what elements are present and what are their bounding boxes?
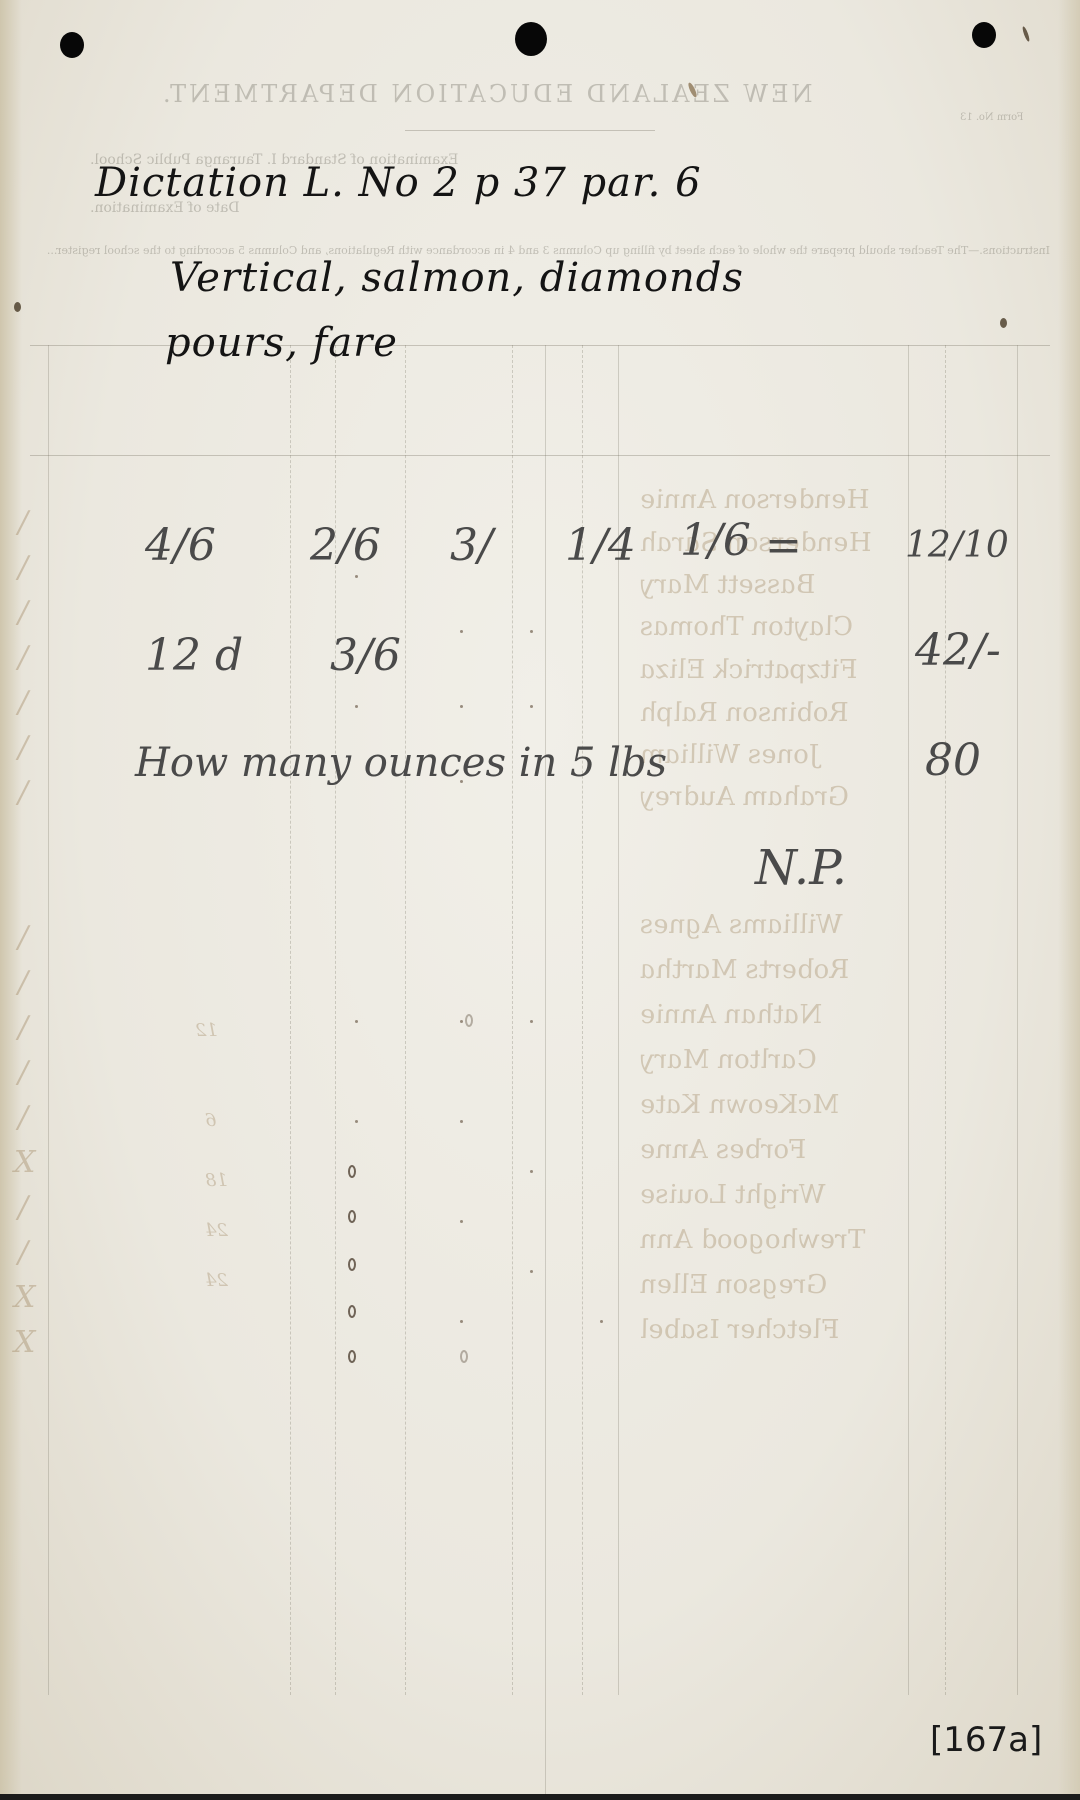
bleed-through-roll-entry: Henderson Sarah	[637, 528, 875, 558]
sum-term: 1/4	[565, 520, 636, 571]
ink-dot	[530, 1270, 533, 1273]
bleed-through-tick: /	[18, 1055, 28, 1090]
bleed-through-tick: /	[18, 505, 28, 540]
table-header-rule	[30, 455, 1050, 456]
spelling-words-line-1: Vertical, salmon, diamonds	[170, 255, 744, 301]
column-rule	[1017, 345, 1018, 1695]
ink-mark	[1000, 318, 1007, 328]
ink-dot	[355, 1120, 358, 1123]
ink-dot	[530, 705, 533, 708]
bleed-through-tick: X	[14, 1325, 35, 1360]
bleed-through-roll-entry: Bassett Mary	[637, 570, 818, 600]
bleed-through-tick: /	[18, 550, 28, 585]
catalog-label: [167a]	[930, 1720, 1042, 1760]
sum-term: 3/6	[330, 630, 401, 681]
bleed-through-roll-entry: Graham Audrey	[637, 782, 852, 812]
ink-dot	[460, 1020, 463, 1023]
bleed-through-title: NEW ZEALAND EDUCATION DEPARTMENT.	[160, 80, 813, 108]
bleed-through-score: 24	[205, 1270, 228, 1291]
document-page: NEW ZEALAND EDUCATION DEPARTMENT. Form N…	[0, 0, 1080, 1800]
zero-mark	[348, 1305, 356, 1318]
bleed-through-roll-entry: Wright Louise	[637, 1180, 829, 1210]
bleed-through-score: 18	[205, 1170, 228, 1191]
bleed-through-tick: /	[18, 1190, 28, 1225]
bleed-through-roll-entry: Henderson Annie	[637, 485, 873, 515]
ink-mark	[1021, 26, 1030, 42]
bleed-through-roll-entry: Nathan Annie	[637, 1000, 825, 1030]
bleed-through-tick: /	[18, 775, 28, 810]
ink-dot	[355, 1020, 358, 1023]
bleed-through-roll-entry: Carlton Mary	[637, 1045, 820, 1075]
bleed-through-tick: /	[18, 640, 28, 675]
column-rule	[290, 345, 292, 1695]
zero-mark	[460, 1350, 468, 1363]
bleed-through-tick: /	[18, 730, 28, 765]
sum-term: 2/6	[310, 520, 381, 571]
bleed-through-roll-entry: McKeown Kate	[637, 1090, 842, 1120]
zero-mark	[348, 1210, 356, 1223]
ink-dot	[460, 1220, 463, 1223]
punch-hole-right	[972, 22, 996, 48]
ink-dot	[460, 1320, 463, 1323]
bleed-through-tick: /	[18, 1235, 28, 1270]
ink-dot	[460, 630, 463, 633]
ink-dot	[355, 705, 358, 708]
ink-dot	[600, 1320, 603, 1323]
ink-dot	[355, 575, 358, 578]
examiner-annotation: N.P.	[755, 840, 847, 896]
column-rule	[48, 345, 49, 1695]
bleed-through-roll-entry: Williams Agnes	[637, 910, 846, 940]
ink-mark	[14, 302, 21, 312]
ink-dot	[460, 1120, 463, 1123]
punch-hole-left	[60, 32, 84, 58]
bleed-through-tick: /	[18, 685, 28, 720]
bleed-through-tick: /	[18, 595, 28, 630]
bleed-through-tick: X	[14, 1280, 35, 1315]
zero-mark	[348, 1350, 356, 1363]
ink-dot	[530, 1170, 533, 1173]
bleed-through-tick: X	[14, 1145, 35, 1180]
word-problem-answer: 80	[925, 735, 981, 786]
bleed-through-score: 6	[205, 1110, 216, 1131]
zero-mark	[348, 1258, 356, 1271]
sum-result: 42/-	[915, 625, 1001, 676]
bleed-through-score: 12	[195, 1020, 218, 1041]
header-underline	[405, 130, 655, 131]
sum-operator: =	[765, 520, 802, 571]
bleed-through-form-number: Form No. 13	[960, 112, 1024, 123]
punch-hole-center	[515, 22, 547, 56]
sum-result: 12/10	[905, 525, 1009, 566]
bleed-through-roll-entry: Gregson Ellen	[637, 1270, 830, 1300]
bleed-through-roll-entry: Forbes Anne	[637, 1135, 809, 1165]
ink-dot	[530, 630, 533, 633]
sum-term: 12 d	[145, 630, 243, 681]
bleed-through-roll-entry: Clayton Thomas	[637, 612, 856, 642]
zero-mark	[465, 1014, 473, 1027]
bleed-through-roll-entry: Robinson Ralph	[637, 698, 852, 728]
bleed-through-tick: /	[18, 1010, 28, 1045]
dictation-reference: Dictation L. No 2 p 37 par. 6	[95, 160, 702, 206]
sum-term: 3/	[450, 520, 493, 571]
word-problem: How many ounces in 5 lbs	[135, 740, 667, 786]
zero-mark	[348, 1165, 356, 1178]
bleed-through-tick: /	[18, 1100, 28, 1135]
bleed-through-roll-entry: Fletcher Isabel	[637, 1315, 842, 1345]
bleed-through-tick: /	[18, 920, 28, 955]
bleed-through-score: 24	[205, 1220, 228, 1241]
ink-dot	[530, 1020, 533, 1023]
bleed-through-tick: /	[18, 965, 28, 1000]
column-rule	[545, 345, 546, 1795]
column-rule	[512, 345, 514, 1695]
bleed-through-roll-entry: Fitzpatrick Eliza	[637, 655, 861, 685]
bleed-through-roll-entry: Trewhogood Ann	[637, 1225, 868, 1255]
paper-edge-left	[0, 0, 22, 1800]
sum-term: 4/6	[145, 520, 216, 571]
sum-term: 1/6	[680, 515, 751, 566]
ink-dot	[460, 705, 463, 708]
spelling-words-line-2: pours, fare	[165, 320, 398, 366]
paper-edge-right	[1058, 0, 1080, 1800]
scan-bottom-border	[0, 1794, 1080, 1800]
column-rule	[405, 345, 407, 1695]
bleed-through-roll-entry: Roberts Martha	[637, 955, 852, 985]
